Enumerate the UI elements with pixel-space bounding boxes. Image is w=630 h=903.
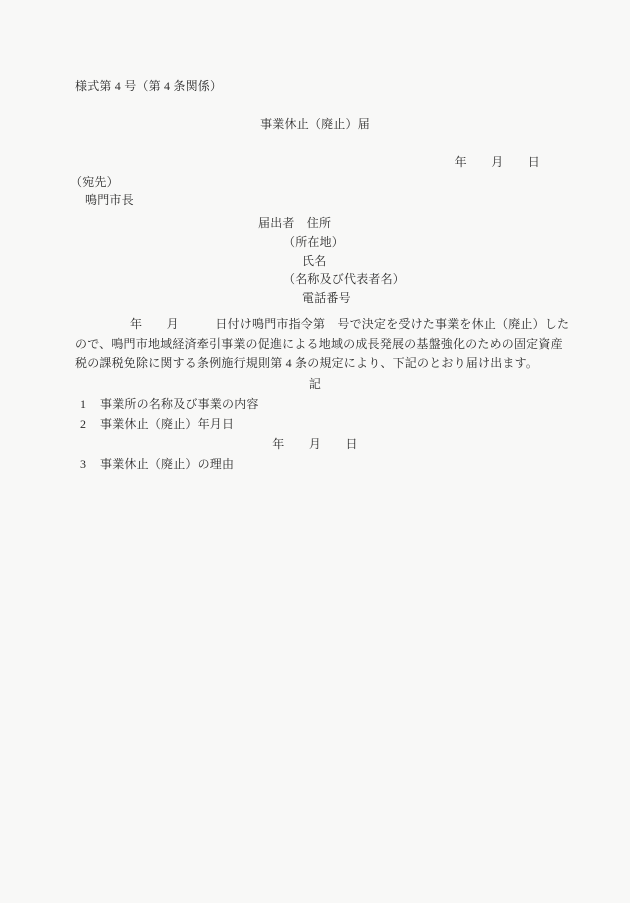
submitter-name-label: 氏名 — [302, 254, 326, 268]
submitter-location-label: （所在地） — [283, 235, 344, 249]
submitter-org-label: （名称及び代表者名） — [283, 272, 405, 286]
form-number: 様式第 4 号（第 4 条関係） — [75, 79, 222, 93]
list-item-number: 3 — [80, 457, 100, 471]
submitter-phone-label: 電話番号 — [302, 291, 351, 305]
list-item: 3 事業休止（廃止）の理由 — [80, 457, 234, 471]
list-item-number: 2 — [80, 417, 100, 431]
submitter-address-line: 届出者 住所 — [258, 216, 331, 230]
date-line-top: 年 月 日 — [455, 155, 540, 169]
document-page: 様式第 4 号（第 4 条関係） 事業休止（廃止）届 年 月 日 （宛先） 鳴門… — [0, 0, 630, 903]
list-item-text: 事業休止（廃止）年月日 — [100, 417, 234, 431]
list-item: 2 事業休止（廃止）年月日 — [80, 417, 234, 431]
document-title: 事業休止（廃止）届 — [0, 117, 630, 131]
list-item-text: 事業休止（廃止）の理由 — [100, 457, 234, 471]
date-line-item2: 年 月 日 — [0, 437, 630, 451]
body-paragraph-line-1: 年 月 日付け鳴門市指令第 号で決定を受けた事業を休止（廃止）した — [75, 317, 569, 331]
body-paragraph-line-3: 税の課税免除に関する条例施行規則第 4 条の規定により、下記のとおり届け出ます。 — [75, 356, 538, 370]
list-item-text: 事業所の名称及び事業の内容 — [100, 397, 259, 411]
body-paragraph-line-2: ので、鳴門市地域経済牽引事業の促進による地域の成長発展の基盤強化のための固定資産 — [75, 337, 563, 351]
list-item: 1 事業所の名称及び事業の内容 — [80, 397, 259, 411]
addressee-label: （宛先） — [70, 175, 119, 189]
record-marker: 記 — [0, 377, 630, 391]
addressee-name: 鳴門市長 — [85, 193, 134, 207]
list-item-number: 1 — [80, 397, 100, 411]
